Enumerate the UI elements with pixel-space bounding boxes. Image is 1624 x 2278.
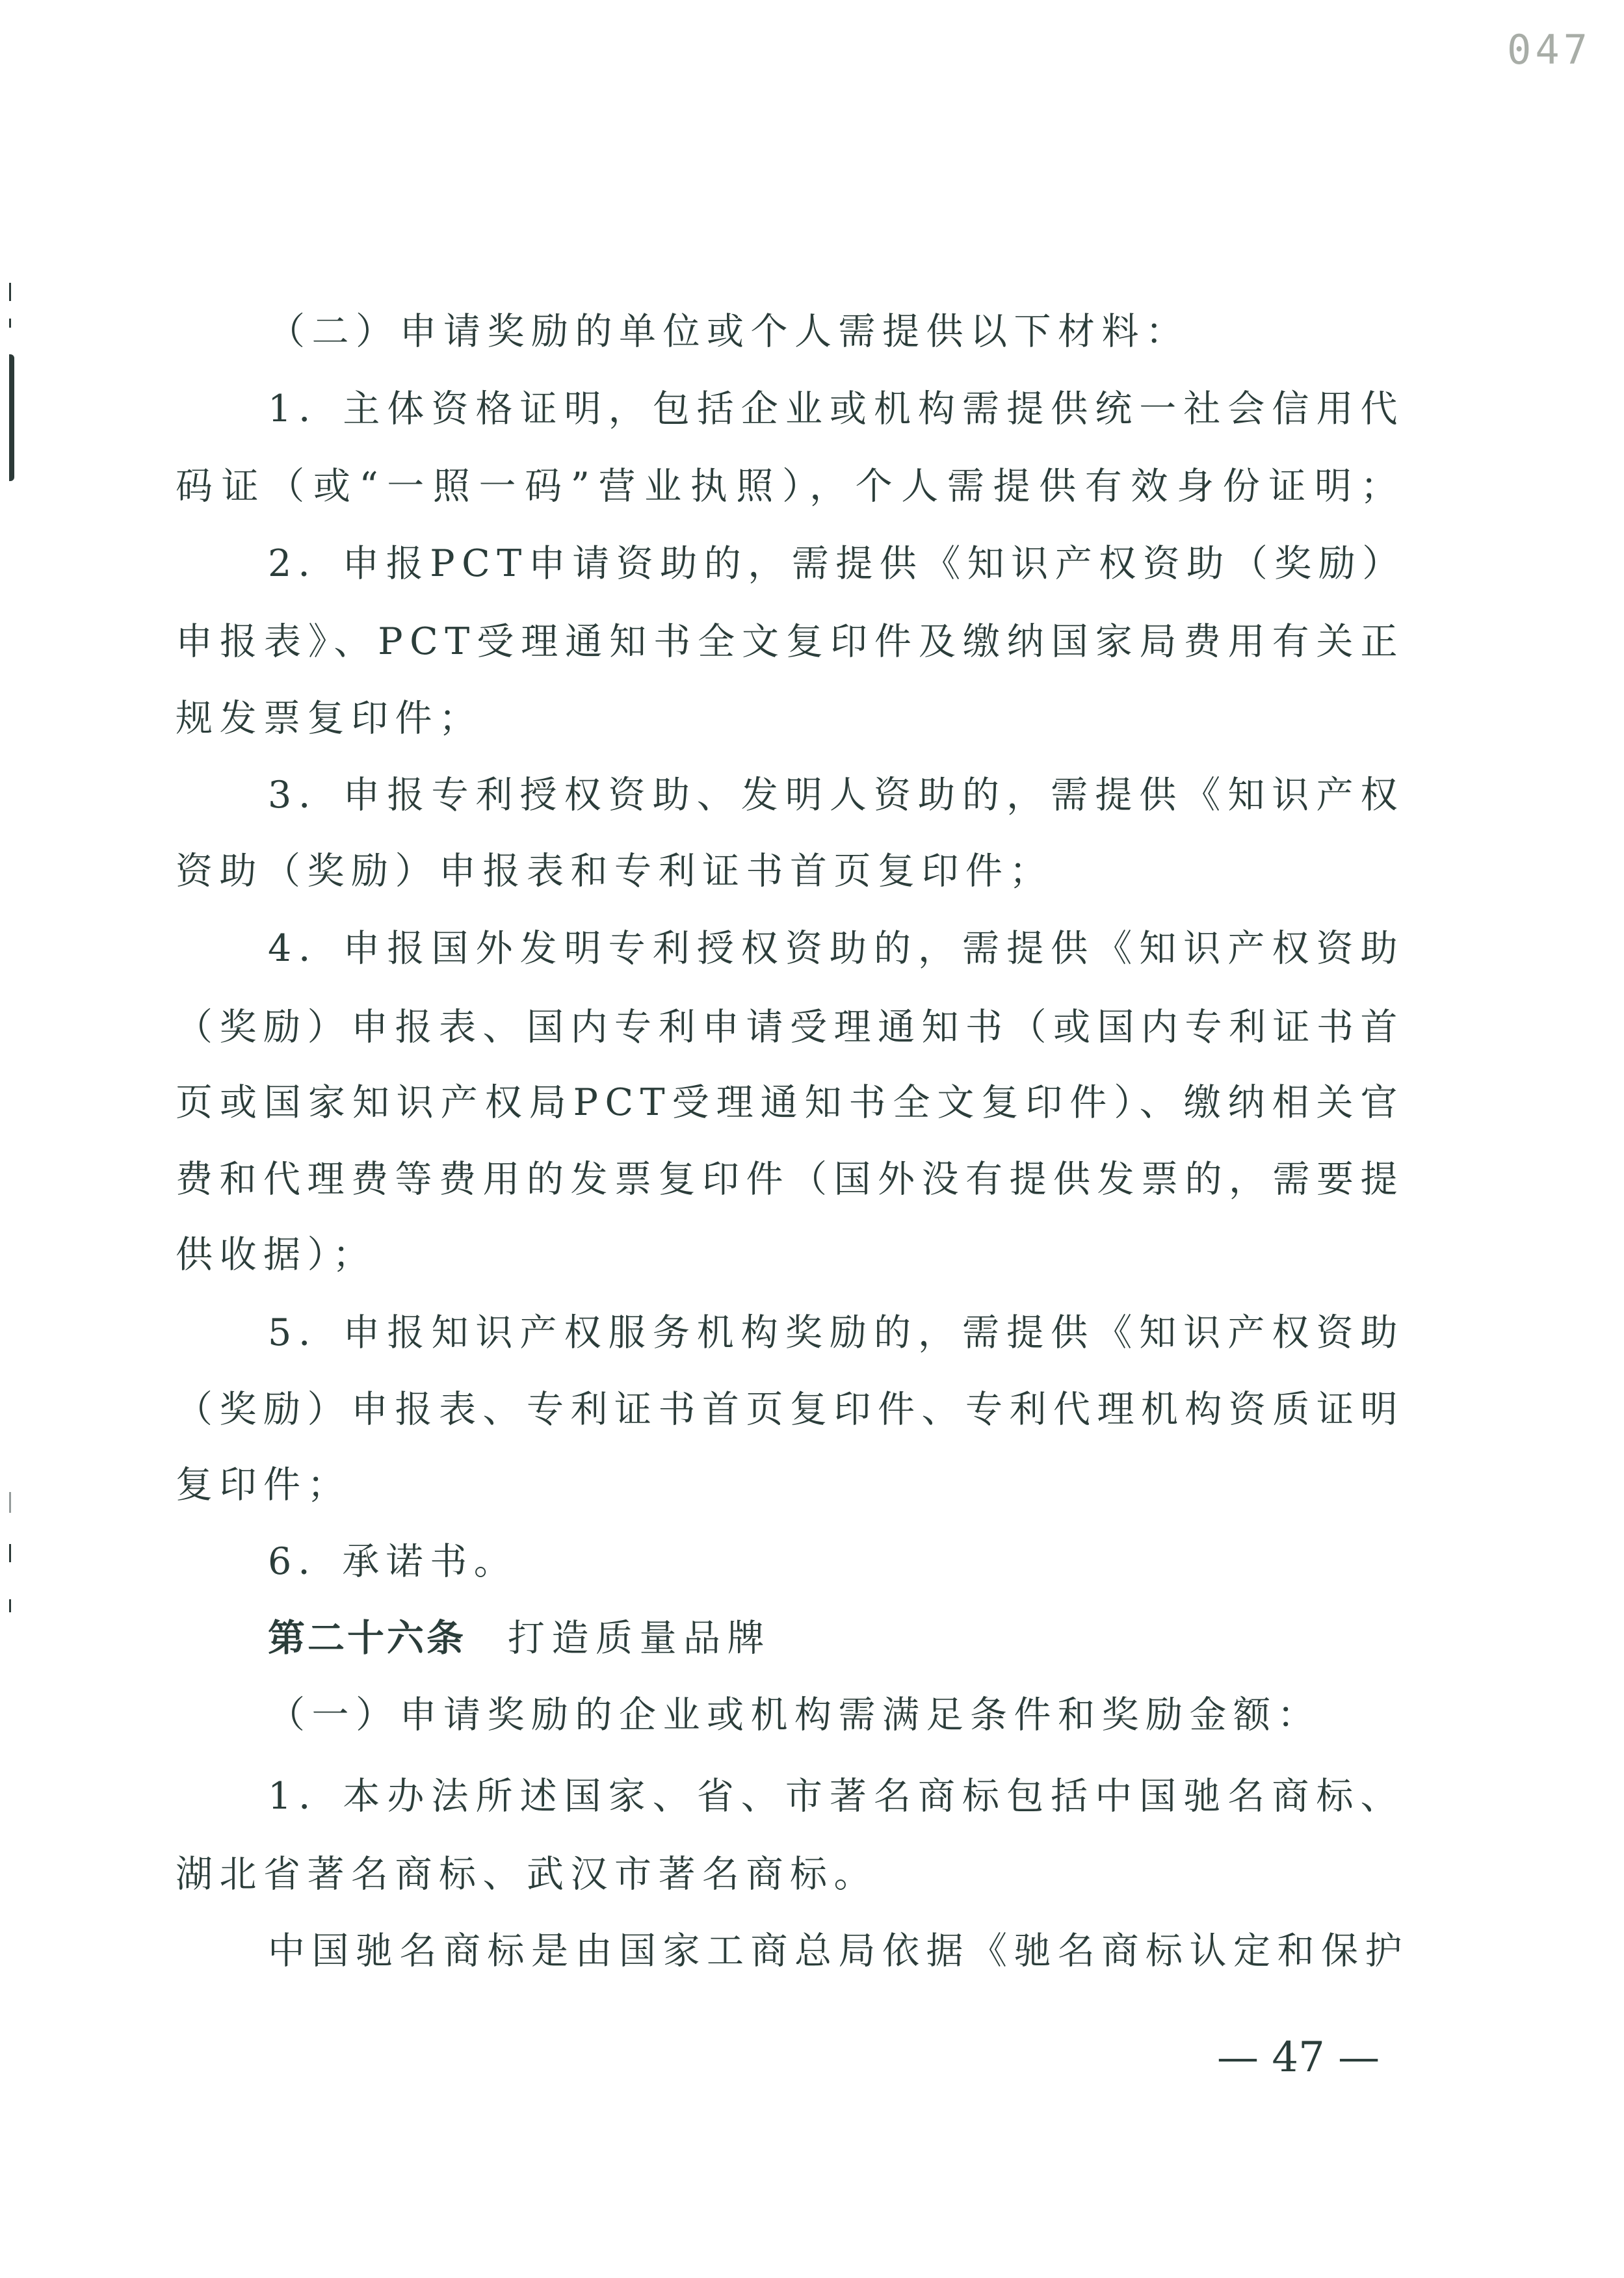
paragraph-line: 1．本办法所述国家、省、市著名商标包括中国驰名商标、 (268, 1774, 1404, 1819)
paragraph-line: 规发票复印件； (176, 696, 1404, 741)
paragraph-line: 中国驰名商标是由国家工商总局依据《驰名商标认定和保护 (268, 1928, 1404, 1974)
paragraph-line: 2．申报PCT申请资助的，需提供《知识产权资助（奖励） (268, 541, 1404, 586)
paragraph-line: 供收据）； (176, 1232, 1404, 1277)
paragraph-line: 5．申报知识产权服务机构奖励的，需提供《知识产权资助 (268, 1310, 1404, 1355)
article-title: 打造质量品牌 (508, 1617, 771, 1660)
article-heading: 第二十六条打造质量品牌 (268, 1616, 1404, 1661)
paragraph-line: 码证（或“一照一码”营业执照），个人需提供有效身份证明； (176, 464, 1404, 509)
paragraph-line: 资助（奖励）申报表和专利证书首页复印件； (176, 848, 1404, 894)
paragraph-line: 申报表》、PCT受理通知书全文复印件及缴纳国家局费用有关正 (176, 619, 1404, 664)
paragraph-line: 1．主体资格证明，包括企业或机构需提供统一社会信用代 (268, 386, 1404, 432)
binding-mark (9, 354, 14, 481)
page-number: — 47 — (1217, 2034, 1380, 2082)
paragraph-line: 3．申报专利授权资助、发明人资助的，需提供《知识产权 (268, 772, 1404, 818)
binding-mark (9, 1544, 11, 1562)
section-heading-1: （一）申请奖励的企业或机构需满足条件和奖励金额： (268, 1692, 1404, 1738)
paragraph-line: 4．申报国外发明专利授权资助的，需提供《知识产权资助 (268, 926, 1404, 971)
binding-mark (9, 1599, 11, 1612)
paragraph-line: （奖励）申报表、国内专利申请受理通知书（或国内专利证书首 (176, 1004, 1404, 1050)
paragraph-line: （奖励）申报表、专利证书首页复印件、专利代理机构资质证明 (176, 1387, 1404, 1432)
article-number: 第二十六条 (268, 1617, 466, 1660)
paragraph-line: 复印件； (176, 1462, 1404, 1508)
paragraph-line: 6．承诺书。 (268, 1539, 1404, 1584)
paragraph-line: 湖北省著名商标、武汉市著名商标。 (176, 1852, 1404, 1897)
binding-mark (9, 283, 11, 301)
binding-mark (9, 319, 11, 328)
archive-stamp-number: 047 (1507, 26, 1591, 73)
paragraph-line: 费和代理费等费用的发票复印件（国外没有提供发票的，需要提 (176, 1157, 1404, 1202)
paragraph-line: 页或国家知识产权局PCT受理通知书全文复印件）、缴纳相关官 (176, 1080, 1404, 1125)
section-heading-2: （二）申请奖励的单位或个人需提供以下材料： (268, 309, 1404, 354)
binding-mark (9, 1492, 11, 1513)
